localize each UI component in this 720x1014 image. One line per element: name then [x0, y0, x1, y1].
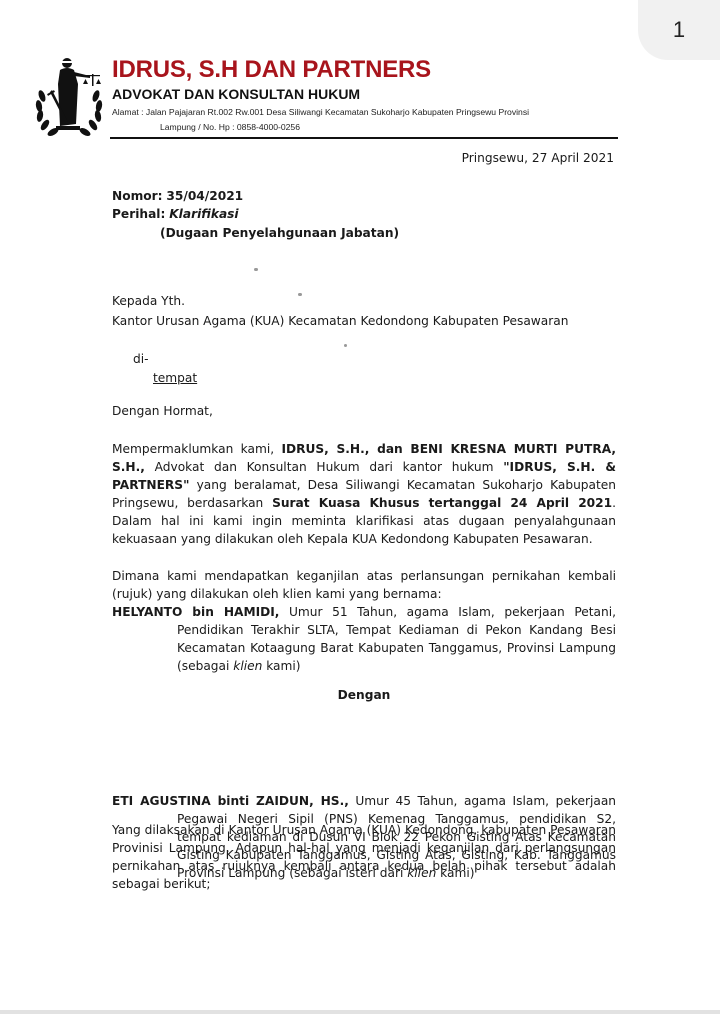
- tempat-label: tempat: [153, 369, 657, 387]
- perihal-label: Perihal:: [112, 207, 165, 221]
- letterhead-divider: [110, 137, 618, 139]
- letterhead: IDRUS, S.H DAN PARTNERS ADVOKAT DAN KONS…: [30, 54, 620, 146]
- text: Mempermaklumkan kami,: [112, 442, 281, 456]
- party-client-name: HELYANTO bin HAMIDI,: [112, 605, 279, 619]
- page-number-badge: 1: [638, 0, 720, 60]
- letter-subject: Perihal: Klarifikasi: [112, 205, 616, 223]
- salutation: Dengan Hormat,: [112, 402, 616, 420]
- paragraph-introduction: Mempermaklumkan kami, IDRUS, S.H., dan B…: [112, 440, 616, 548]
- perihal-value: Klarifikasi: [169, 207, 238, 221]
- firm-name: IDRUS, S.H DAN PARTNERS: [112, 56, 431, 84]
- party-client-head: HELYANTO bin HAMIDI, Umur 51 Tahun, agam…: [112, 603, 616, 621]
- nomor-label: Nomor:: [112, 189, 163, 203]
- power-of-attorney: Surat Kuasa Khusus tertanggal 24 April 2…: [272, 496, 612, 510]
- scan-speck: [254, 268, 258, 271]
- letter-number: Nomor: 35/04/2021: [112, 187, 616, 205]
- party-client: HELYANTO bin HAMIDI, Umur 51 Tahun, agam…: [112, 603, 616, 675]
- firm-address-line1: Alamat : Jalan Pajajaran Rt.002 Rw.001 D…: [112, 107, 529, 117]
- place-date: Pringsewu, 27 April 2021: [462, 151, 614, 165]
- lady-justice-icon: [30, 54, 110, 140]
- paragraph-context: Dimana kami mendapatkan keganjilan atas …: [112, 567, 616, 603]
- party-spouse-name: ETI AGUSTINA binti ZAIDUN, HS.,: [112, 794, 349, 808]
- nomor-value: 35/04/2021: [166, 189, 243, 203]
- text: Advokat dan Konsultan Hukum dari kantor …: [145, 460, 503, 474]
- party-separator: Dengan: [112, 686, 616, 704]
- recipient: Kantor Urusan Agama (KUA) Kecamatan Kedo…: [112, 312, 616, 330]
- party-client-details: Pendidikan Terakhir SLTA, Tempat Kediama…: [177, 621, 616, 675]
- text: Umur 51 Tahun, agama Islam, pekerjaan Pe…: [289, 605, 616, 619]
- recipient-greeting: Kepada Yth.: [112, 292, 616, 310]
- scan-speck: [344, 344, 347, 347]
- firm-address-line2: Lampung / No. Hp : 0858-4000-0256: [160, 122, 300, 132]
- page-bottom-edge: [0, 1010, 720, 1014]
- text: klien: [233, 659, 262, 673]
- paragraph-findings-intro: Yang dilaksakan di Kantor Urusan Agama (…: [112, 821, 616, 893]
- di-label: di-: [133, 350, 637, 368]
- firm-subtitle: ADVOKAT DAN KONSULTAN HUKUM: [112, 86, 360, 102]
- party-spouse-head: ETI AGUSTINA binti ZAIDUN, HS., Umur 45 …: [112, 792, 616, 810]
- text: Umur 45 Tahun, agama Islam, pekerjaan: [355, 794, 616, 808]
- text: kami): [262, 659, 300, 673]
- subject-detail: (Dugaan Penyelahgunaan Jabatan): [160, 224, 664, 242]
